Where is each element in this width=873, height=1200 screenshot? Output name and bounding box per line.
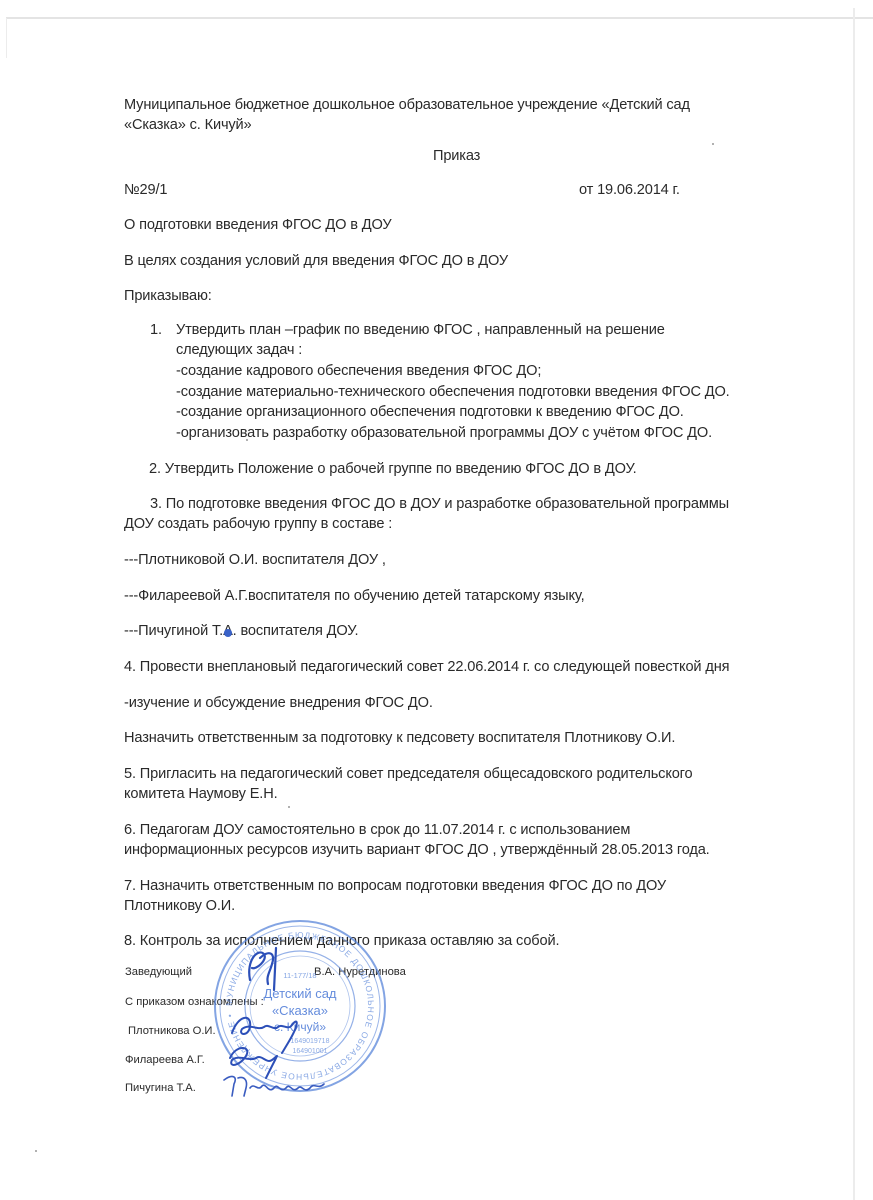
scan-speck — [246, 439, 248, 441]
item3-line2: ДОУ создать рабочую группу в составе : — [124, 515, 392, 534]
ink-blot — [224, 629, 232, 637]
workgroup-member: ---Пичугиной Т.А. воспитателя ДОУ. — [124, 622, 358, 641]
signature-pichugina — [218, 1070, 338, 1106]
organization-name-line1: Муниципальное бюджетное дошкольное образ… — [124, 96, 690, 115]
order-subject: О подготовки введения ФГОС ДО в ДОУ — [124, 216, 392, 235]
item1-line1: Утвердить план –график по введению ФГОС … — [176, 321, 665, 340]
item1-number: 1. — [150, 321, 162, 340]
item2: 2. Утвердить Положение о рабочей группе … — [149, 460, 637, 479]
order-purpose: В целях создания условий для введения ФГ… — [124, 252, 508, 271]
acquainted-person: Плотникова О.И. — [128, 1024, 216, 1038]
scan-page-edge-left — [6, 18, 7, 58]
workgroup-member: ---Филареевой А.Г.воспитателя по обучени… — [124, 587, 584, 606]
item7-line2: Плотникову О.И. — [124, 897, 235, 916]
item4: 4. Провести внеплановый педагогический с… — [124, 658, 729, 677]
item7-line1: 7. Назначить ответственным по вопросам п… — [124, 877, 666, 896]
item1-task: -создание материально-технического обесп… — [176, 383, 730, 402]
item1-line2: следующих задач : — [176, 341, 302, 360]
item5-line1: 5. Пригласить на педагогический совет пр… — [124, 765, 693, 784]
order-date: от 19.06.2014 г. — [579, 181, 680, 200]
acquainted-person: Пичугина Т.А. — [125, 1081, 196, 1095]
item1-task: -организовать разработку образовательной… — [176, 424, 712, 443]
scan-speck — [288, 806, 290, 808]
workgroup-member: ---Плотниковой О.И. воспитателя ДОУ , — [124, 551, 386, 570]
item1-task: -создание организационного обеспечения п… — [176, 403, 684, 422]
item1-task: -создание кадрового обеспечения введения… — [176, 362, 541, 381]
item4-responsible: Назначить ответственным за подготовку к … — [124, 729, 675, 748]
item3-line1: 3. По подготовке введения ФГОС ДО в ДОУ … — [150, 495, 729, 514]
head-signature — [238, 940, 298, 1000]
item5-line2: комитета Наумову Е.Н. — [124, 785, 277, 804]
item6-line2: информационных ресурсов изучить вариант … — [124, 841, 710, 860]
order-word: Приказываю: — [124, 287, 212, 306]
item6-line1: 6. Педагогам ДОУ самостоятельно в срок д… — [124, 821, 630, 840]
scan-speck — [35, 1150, 37, 1152]
scan-page-edge-right — [853, 8, 855, 1200]
scan-speck — [712, 143, 714, 145]
order-number: №29/1 — [124, 181, 167, 200]
organization-name-line2: «Сказка» с. Кичуй» — [124, 116, 252, 135]
acquainted-person: Филареева А.Г. — [125, 1053, 205, 1067]
item4-agenda: -изучение и обсуждение внедрения ФГОС ДО… — [124, 694, 433, 713]
document-title: Приказ — [433, 147, 480, 166]
scan-page-edge-top — [6, 17, 873, 19]
head-title: Заведующий — [125, 965, 192, 979]
